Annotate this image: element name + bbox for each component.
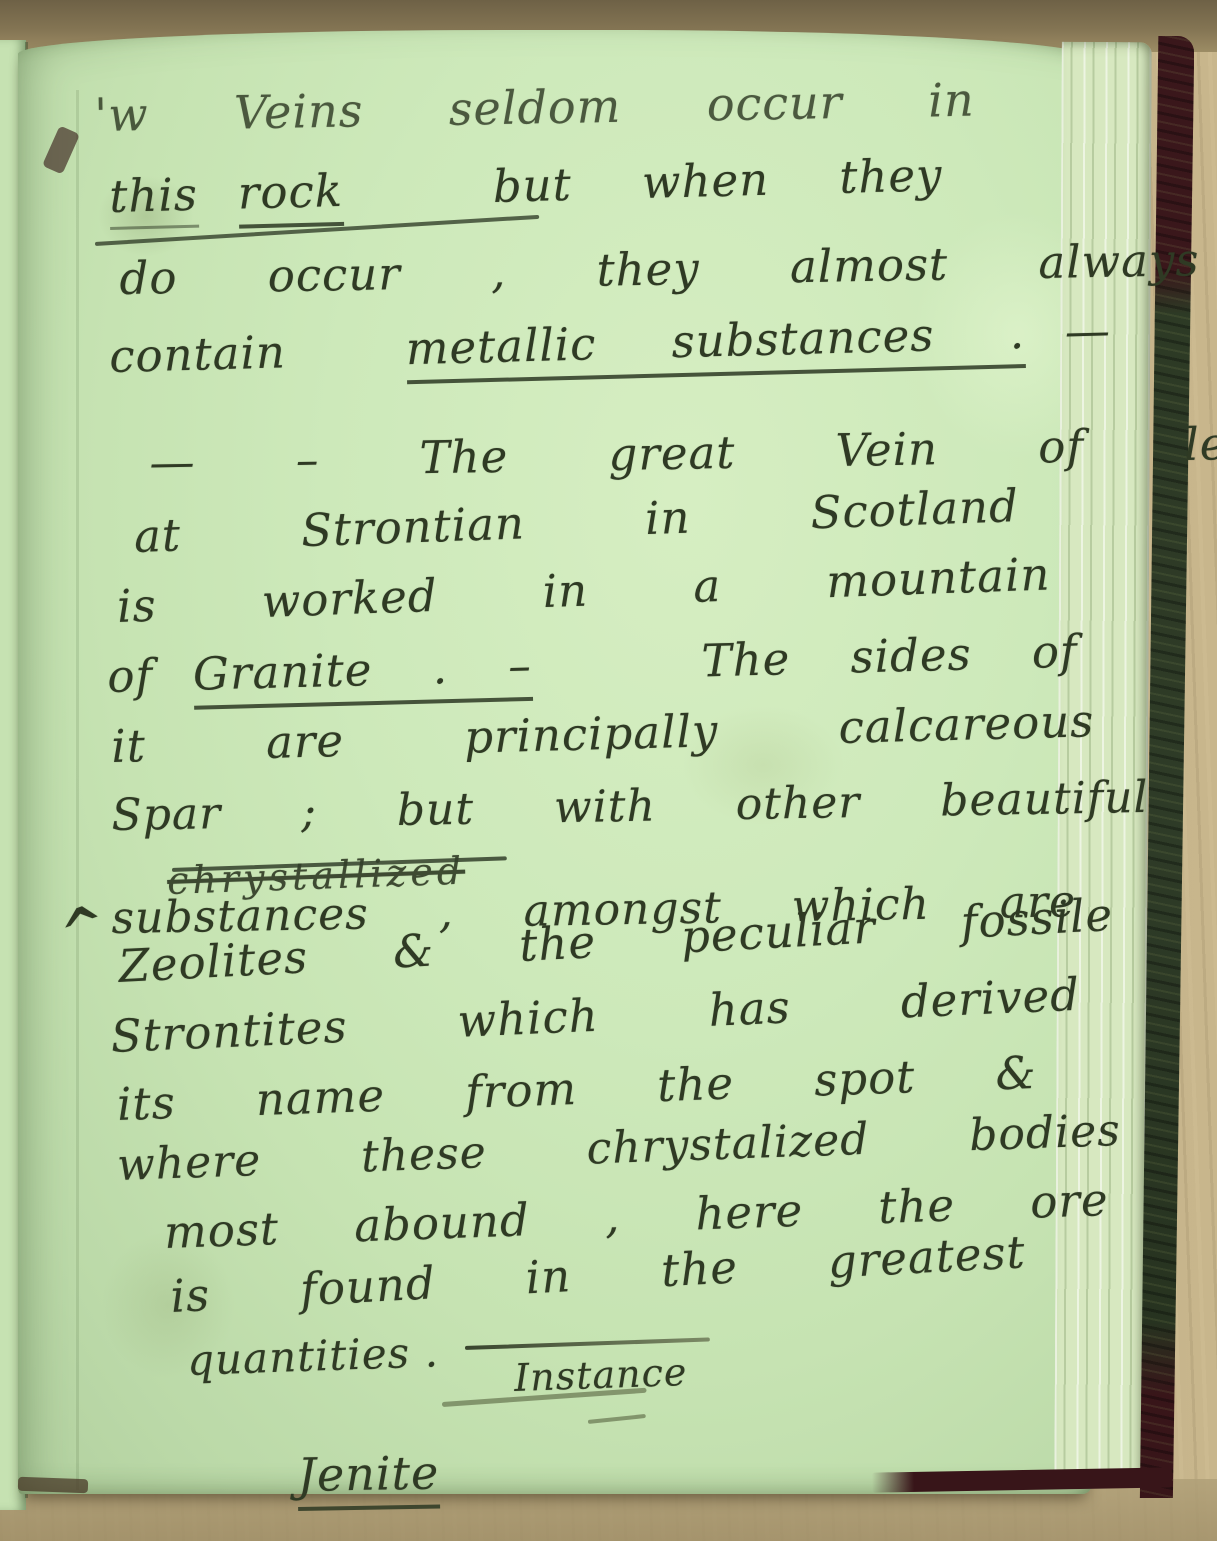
handwritten-dash: —: [1064, 304, 1111, 358]
underlined-word: Granite . –: [192, 639, 532, 710]
handwritten-text: of: [107, 649, 154, 703]
manuscript-line-jenite: Jenite: [297, 1446, 440, 1502]
underlined-word: rock: [237, 164, 344, 229]
underlined-word: Jenite: [297, 1446, 440, 1511]
handwritten-text: contain: [109, 325, 287, 383]
handwritten-text: The sides of: [701, 625, 1078, 688]
gutter-shadow: [18, 1477, 88, 1493]
handwritten-text: quantities .: [186, 1327, 439, 1385]
underlined-word: this: [109, 168, 199, 230]
manuscript-line-19: quantities .: [186, 1327, 439, 1385]
photo-scene: 'w Veins seldom occur in thisrockbut whe…: [0, 0, 1217, 1541]
